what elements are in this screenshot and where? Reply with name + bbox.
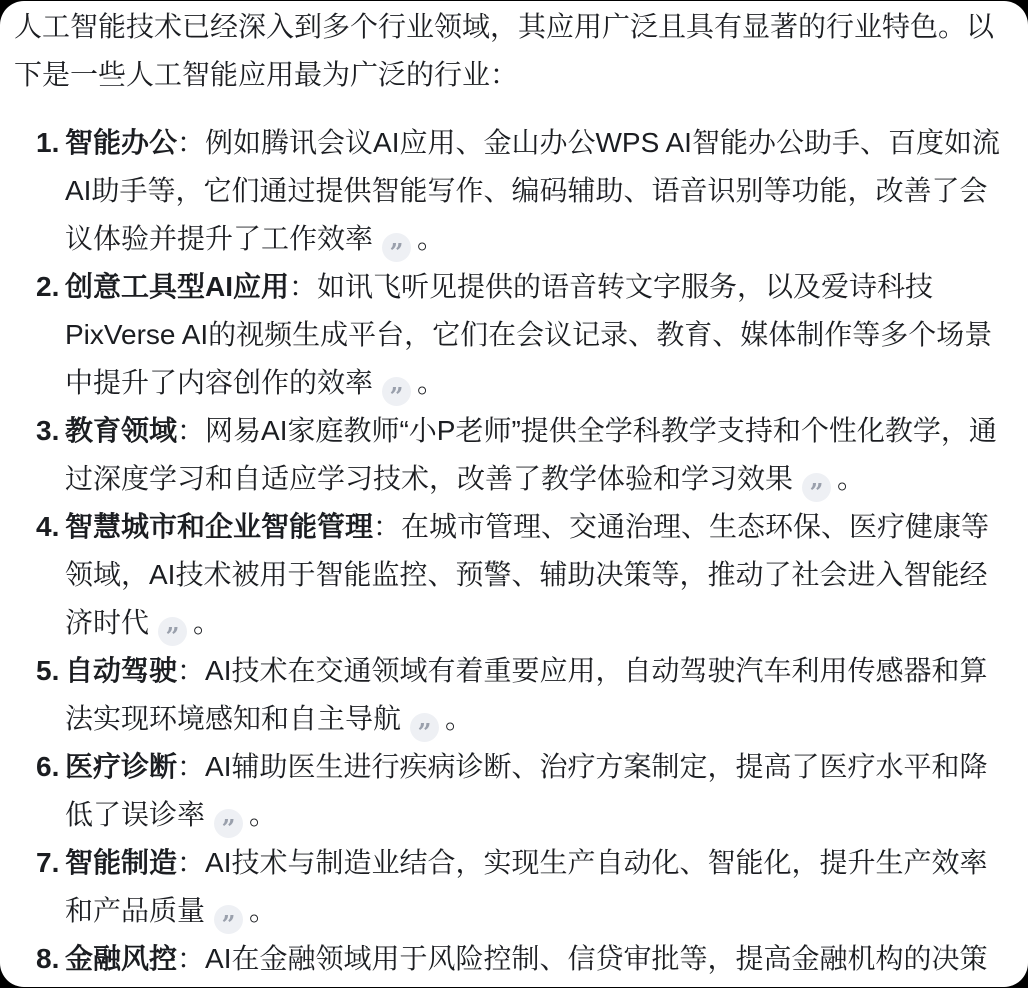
item-period: 。 (445, 703, 473, 734)
citation-quote-icon[interactable]: ” (802, 473, 831, 502)
item-colon: ： (289, 271, 317, 302)
quote-glyph: ” (810, 481, 824, 505)
list-number: 1. (36, 119, 59, 167)
list-number: 6. (36, 743, 59, 791)
list-item-smart-city: 4.智慧城市和企业智能管理：在城市管理、交通治理、生态环保、医疗健康等领域，AI… (65, 503, 1014, 647)
citation-quote-icon[interactable]: ” (382, 233, 411, 262)
list-number: 2. (36, 263, 59, 311)
list-item-creative-tools: 2.创意工具型AI应用：如讯飞听见提供的语音转文字服务，以及爱诗科技PixVer… (65, 263, 1014, 407)
list-item-medical-diagnosis: 6.医疗诊断：AI辅助医生进行疾病诊断、治疗方案制定，提高了医疗水平和降低了误诊… (65, 743, 1014, 839)
item-body: AI在金融领域用于风险控制、信贷审批等，提高金融机构的决策 (205, 943, 987, 974)
item-colon: ： (177, 127, 205, 158)
list-number: 5. (36, 647, 59, 695)
list-number: 3. (36, 407, 59, 455)
citation-quote-icon[interactable]: ” (410, 713, 439, 742)
citation-quote-icon[interactable]: ” (158, 617, 187, 646)
list-item-financial-risk: 8.金融风控：AI在金融领域用于风险控制、信贷审批等，提高金融机构的决策 (65, 935, 1014, 983)
item-colon: ： (177, 415, 205, 446)
citation-quote-icon[interactable]: ” (382, 377, 411, 406)
quote-glyph: ” (390, 385, 404, 409)
item-period: 。 (249, 895, 277, 926)
item-colon: ： (177, 847, 205, 878)
quote-glyph: ” (222, 817, 236, 841)
list-item-autonomous-driving: 5.自动驾驶：AI技术在交通领域有着重要应用，自动驾驶汽车利用传感器和算法实现环… (65, 647, 1014, 743)
intro-paragraph: 人工智能技术已经深入到多个行业领域，其应用广泛且具有显著的行业特色。以下是一些人… (14, 3, 1014, 99)
quote-glyph: ” (166, 625, 180, 649)
quote-glyph: ” (390, 241, 404, 265)
item-period: 。 (417, 367, 445, 398)
item-period: 。 (249, 799, 277, 830)
list-number: 4. (36, 503, 59, 551)
citation-quote-icon[interactable]: ” (214, 809, 243, 838)
industry-list: 1.智能办公：例如腾讯会议AI应用、金山办公WPS AI智能办公助手、百度如流A… (14, 119, 1014, 983)
item-title: 金融风控 (65, 943, 177, 974)
item-period: 。 (193, 607, 221, 638)
citation-quote-icon[interactable]: ” (214, 905, 243, 934)
item-title: 医疗诊断 (65, 751, 177, 782)
list-number: 7. (36, 839, 59, 887)
item-title: 教育领域 (65, 415, 177, 446)
item-body: 例如腾讯会议AI应用、金山办公WPS AI智能办公助手、百度如流AI助手等，它们… (65, 127, 1000, 254)
item-title: 智能办公 (65, 127, 177, 158)
quote-glyph: ” (222, 913, 236, 937)
list-item-smart-manufacturing: 7.智能制造：AI技术与制造业结合，实现生产自动化、智能化，提升生产效率和产品质… (65, 839, 1014, 935)
item-title: 智慧城市和企业智能管理 (65, 511, 373, 542)
item-period: 。 (417, 223, 445, 254)
list-item-smart-office: 1.智能办公：例如腾讯会议AI应用、金山办公WPS AI智能办公助手、百度如流A… (65, 119, 1014, 263)
item-colon: ： (177, 943, 205, 974)
item-title: 创意工具型AI应用 (65, 271, 289, 302)
item-title: 自动驾驶 (65, 655, 177, 686)
list-item-education: 3.教育领域：网易AI家庭教师“小P老师”提供全学科教学支持和个性化教学，通过深… (65, 407, 1014, 503)
item-period: 。 (837, 463, 865, 494)
quote-glyph: ” (418, 721, 432, 745)
item-title: 智能制造 (65, 847, 177, 878)
item-colon: ： (373, 511, 401, 542)
response-card: 人工智能技术已经深入到多个行业领域，其应用广泛且具有显著的行业特色。以下是一些人… (0, 1, 1028, 987)
item-colon: ： (177, 655, 205, 686)
item-colon: ： (177, 751, 205, 782)
list-number: 8. (36, 935, 59, 983)
